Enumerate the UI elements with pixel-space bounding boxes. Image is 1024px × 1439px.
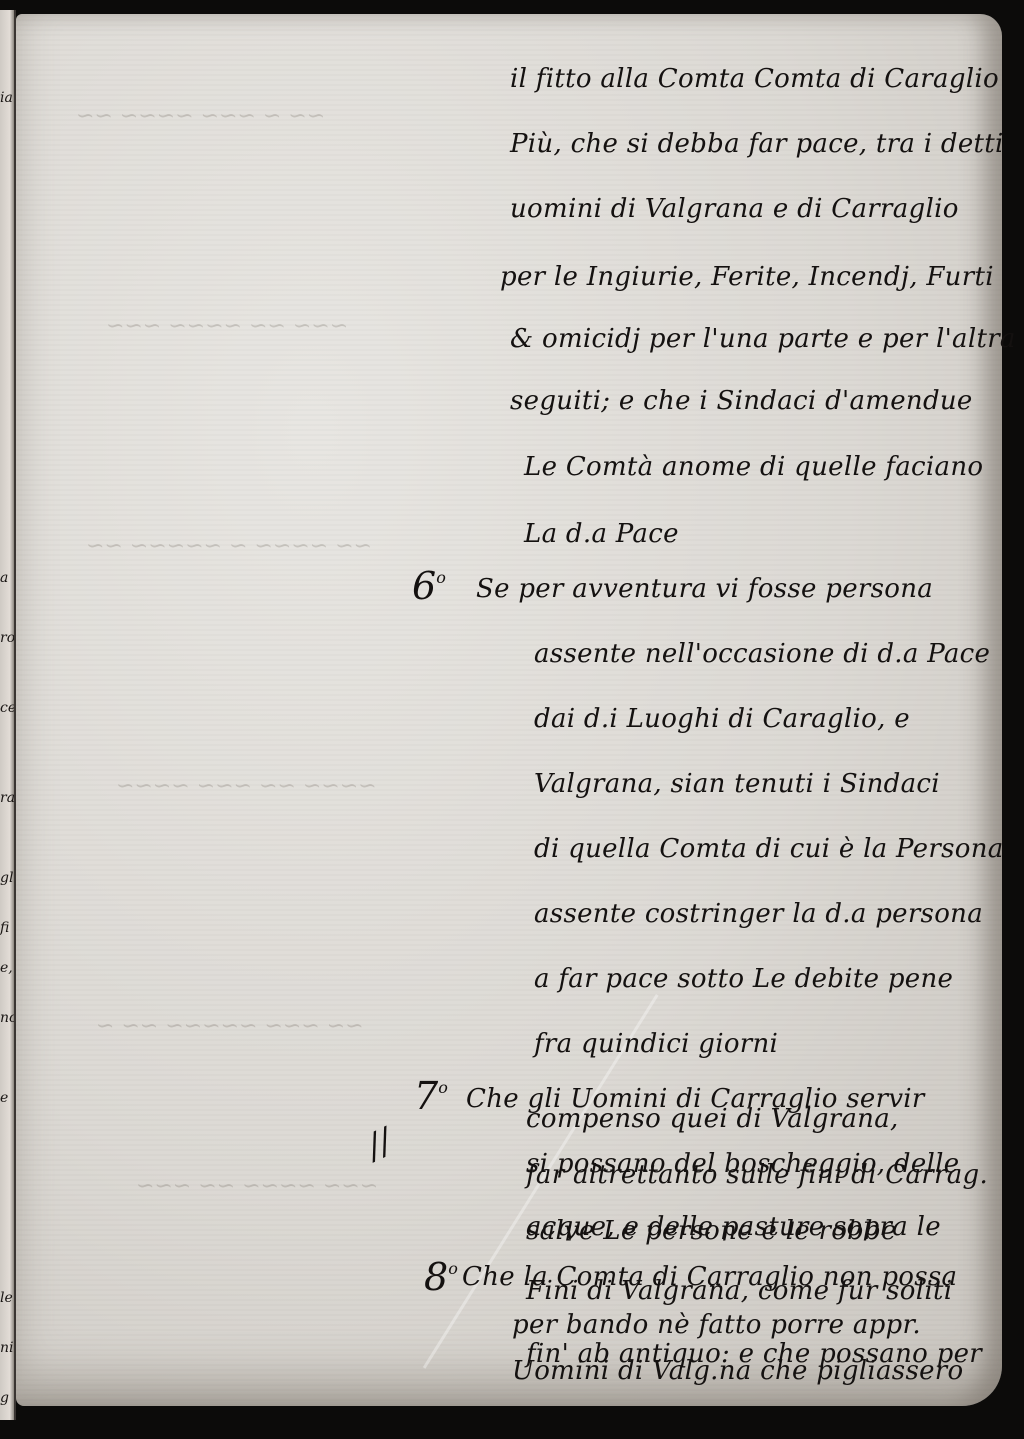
facing-page-fragment: ro <box>0 630 14 646</box>
text-line: assente nell'occasione di d.a Pace <box>534 639 990 669</box>
bleed-through-text: ~~~~ ~~ ~~~ ~~~~ <box>116 774 377 799</box>
text-line: seguiti; e che i Sindaci d'amendue <box>510 386 973 416</box>
text-line: uomini di Valgrana e di Carraglio <box>510 194 959 224</box>
facing-page-fragment: no <box>0 1010 14 1026</box>
bleed-through-text: ~~~ ~~ ~~~~ ~~~ <box>106 314 348 339</box>
article-number-8: 8o <box>424 1255 458 1299</box>
facing-page-fragment: a <box>0 570 14 586</box>
text-line: Valgrana, sian tenuti i Sindaci <box>534 769 940 799</box>
text-line: di quella Comta di cui è la Persona <box>534 834 1004 864</box>
facing-page-fragment: ce <box>0 700 14 716</box>
text-line: far altrettanto sulle fini di Carrag. <box>526 1160 988 1190</box>
text-line: & omicidj per l'una parte e per l'altra <box>510 324 1016 354</box>
facing-page-fragment: le <box>0 1290 14 1306</box>
text-line: Uomini di Valg.na che pigliassero <box>512 1356 963 1386</box>
article-number-7: 7o <box>414 1074 448 1118</box>
facing-page-fragment: e <box>0 1090 14 1106</box>
text-line: Più, che si debba far pace, tra i detti <box>510 129 1004 159</box>
facing-page-fragment: ni <box>0 1340 14 1356</box>
text-line: per le Ingiurie, Ferite, Incendj, Furti <box>500 262 994 292</box>
facing-page-fragment: ia <box>0 90 14 106</box>
facing-page-fragment: ra <box>0 790 14 806</box>
text-line: Le Comtà anome di quelle faciano <box>524 452 983 482</box>
facing-page-fragment: e, <box>0 960 14 976</box>
bleed-through-text: ~~~ ~~~~ ~~ ~~~ <box>136 1174 378 1199</box>
text-line: per bando nè fatto porre appr. <box>512 1310 921 1340</box>
facing-page-fragment: gli <box>0 870 14 886</box>
facing-page-fragment: fi <box>0 920 14 936</box>
facing-page-fragment: g <box>0 1390 14 1406</box>
bleed-through-text: ~~ ~~~ ~~~~~ ~~ ~ <box>96 1014 364 1039</box>
text-line: compenso quei di Valgrana, <box>526 1104 899 1134</box>
text-line: a far pace sotto Le debite pene <box>534 964 953 994</box>
text-line: assente costringer la d.a persona <box>534 899 983 929</box>
facing-page-edge: ia a ro ce ra gli fi e, no e le ni g <box>0 10 16 1420</box>
text-line: il fitto alla Comta Comta di Caraglio <box>510 64 999 94</box>
text-line: Che la Comta di Carraglio non possa <box>462 1262 957 1292</box>
text-line: salve Le persone e le robbe <box>526 1216 897 1246</box>
text-line: Se per avventura vi fosse persona <box>476 574 933 604</box>
text-line: La d.a Pace <box>524 519 679 549</box>
margin-mark: // <box>361 1121 399 1167</box>
text-line: fra quindici giorni <box>534 1029 778 1059</box>
manuscript-page: ~~ ~ ~~~ ~~~~ ~~ ~~~ ~~ ~~~~ ~~~ ~~ ~~~~… <box>16 14 1002 1406</box>
article-number-6: 6o <box>412 564 446 608</box>
bleed-through-text: ~~ ~ ~~~ ~~~~ ~~ <box>76 104 325 129</box>
text-line: dai d.i Luoghi di Caraglio, e <box>534 704 910 734</box>
bleed-through-text: ~~ ~~~~ ~ ~~~~~ ~~ <box>86 534 372 559</box>
